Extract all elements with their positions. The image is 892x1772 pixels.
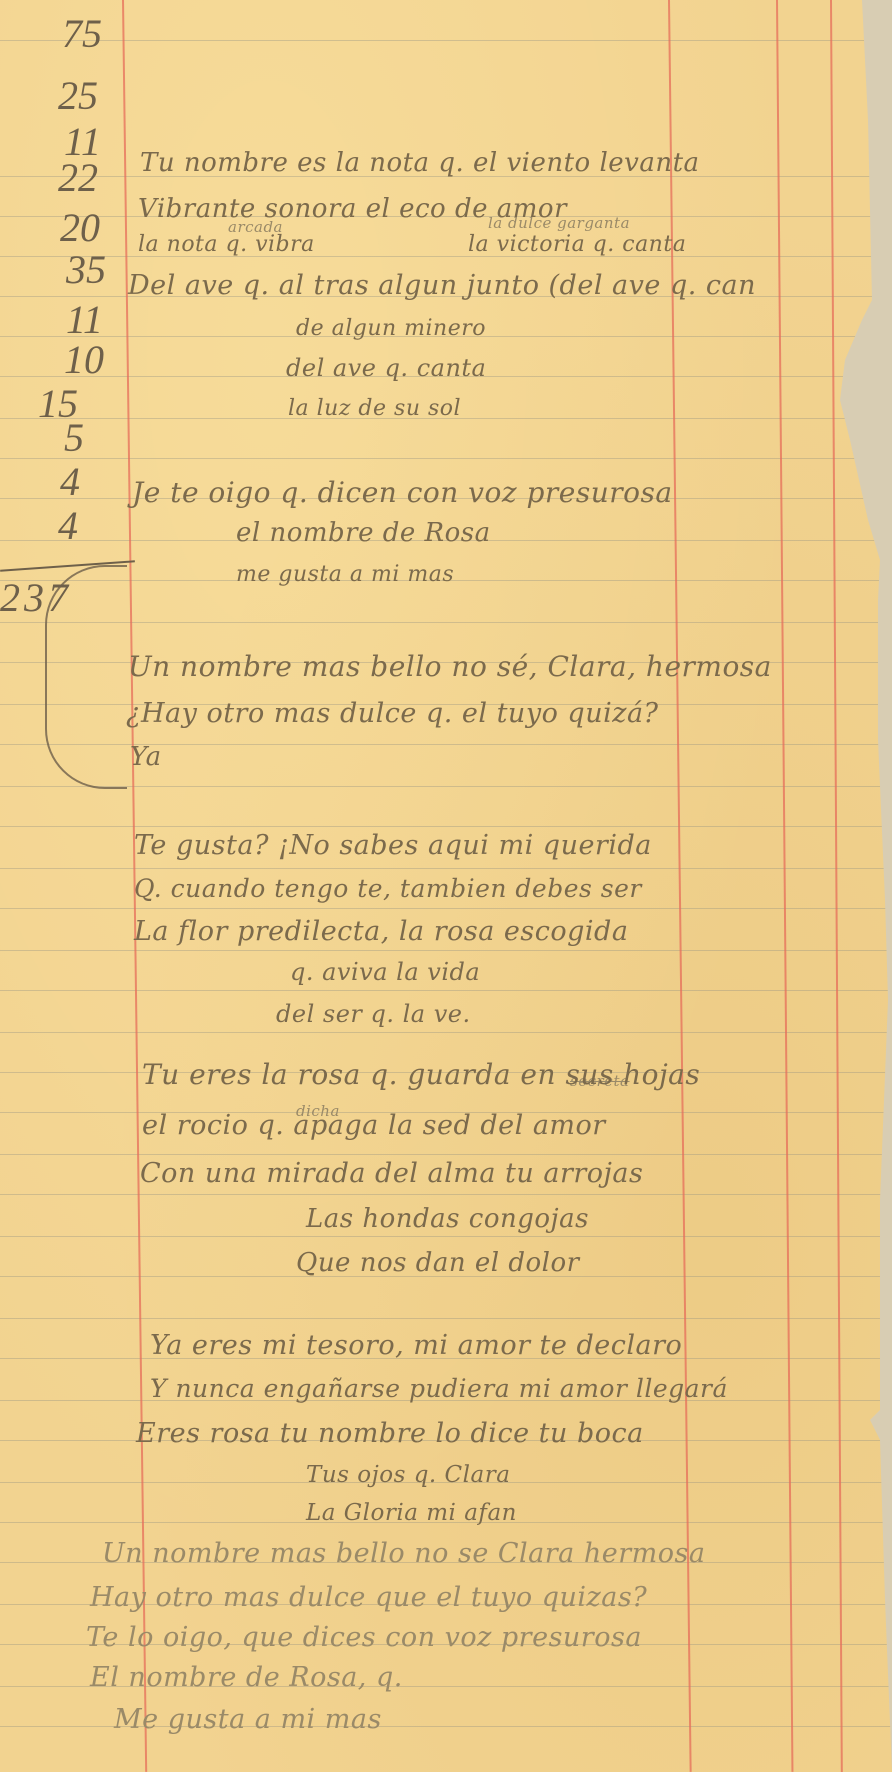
verse-line: me gusta a mi mas (236, 562, 454, 587)
verse-line: La Gloria mi afan (306, 1500, 517, 1526)
verse-line: Te gusta? ¡No sabes aqui mi querida (134, 830, 652, 861)
tally-number: 35 (66, 246, 106, 293)
right-margin-line-3 (830, 0, 843, 1772)
tally-number: 4 (60, 458, 80, 505)
verse-line: el nombre de Rosa (236, 518, 491, 548)
verse-line: del ser q. la ve. (276, 1000, 471, 1028)
right-margin-line-2 (776, 0, 793, 1772)
verse-line: Del ave q. al tras algun junto (del ave … (128, 270, 756, 301)
right-margin-line-1 (668, 0, 692, 1772)
verse-line: Tu nombre es la nota q. el viento levant… (140, 148, 700, 178)
verse-line: la luz de su sol (288, 396, 461, 421)
verse-line: Q. cuando tengo te, tambien debes ser (134, 874, 642, 903)
verse-line: ¿Hay otro mas dulce q. el tuyo quizá? (126, 698, 659, 729)
verse-line: Hay otro mas dulce que el tuyo quizas? (90, 1582, 647, 1613)
verse-line: Eres rosa tu nombre lo dice tu boca (136, 1418, 644, 1449)
verse-line: Me gusta a mi mas (114, 1704, 382, 1735)
insertion-note: la dulce garganta (488, 214, 630, 232)
tally-number: 10 (64, 336, 104, 383)
tally-number: 22 (58, 154, 98, 201)
verse-line: Las hondas congojas (306, 1204, 589, 1234)
verse-line: Que nos dan el dolor (296, 1248, 580, 1278)
verse-line: Te lo oigo, que dices con voz presurosa (86, 1622, 642, 1653)
tally-number: 4 (58, 502, 78, 549)
verse-line: Tus ojos q. Clara (306, 1462, 510, 1488)
manuscript-page: 75 25 11 22 20 35 11 10 15 5 4 4 237 Tu … (0, 0, 892, 1772)
tally-number: 25 (58, 72, 98, 119)
verse-line: Ya eres mi tesoro, mi amor te declaro (150, 1330, 682, 1361)
verse-line: la nota q. vibra (138, 232, 315, 257)
tally-number: 5 (64, 414, 84, 461)
margin-bracket (45, 565, 127, 789)
verse-line: Un nombre mas bello no se Clara hermosa (102, 1538, 705, 1569)
verse-line: El nombre de Rosa, q. (90, 1662, 403, 1693)
verse-line: La flor predilecta, la rosa escogida (134, 916, 628, 947)
tally-number: 20 (60, 204, 100, 251)
verse-line: Un nombre mas bello no sé, Clara, hermos… (128, 650, 772, 683)
verse-line: la victoria q. canta (468, 232, 686, 257)
verse-line: de algun minero (296, 316, 486, 341)
verse-line: Je te oigo q. dicen con voz presurosa (132, 476, 673, 509)
verse-line: Y nunca engañarse pudiera mi amor llegar… (150, 1374, 728, 1403)
tally-number: 75 (62, 10, 102, 57)
verse-line: Con una mirada del alma tu arrojas (140, 1158, 643, 1189)
verse-line: Ya (130, 742, 162, 772)
verse-line: q. aviva la vida (290, 958, 480, 986)
verse-line: el rocio q. apaga la sed del amor (142, 1110, 606, 1141)
verse-line: del ave q. canta (286, 354, 486, 382)
verse-line: Tu eres la rosa q. guarda en sus hojas (142, 1058, 700, 1091)
